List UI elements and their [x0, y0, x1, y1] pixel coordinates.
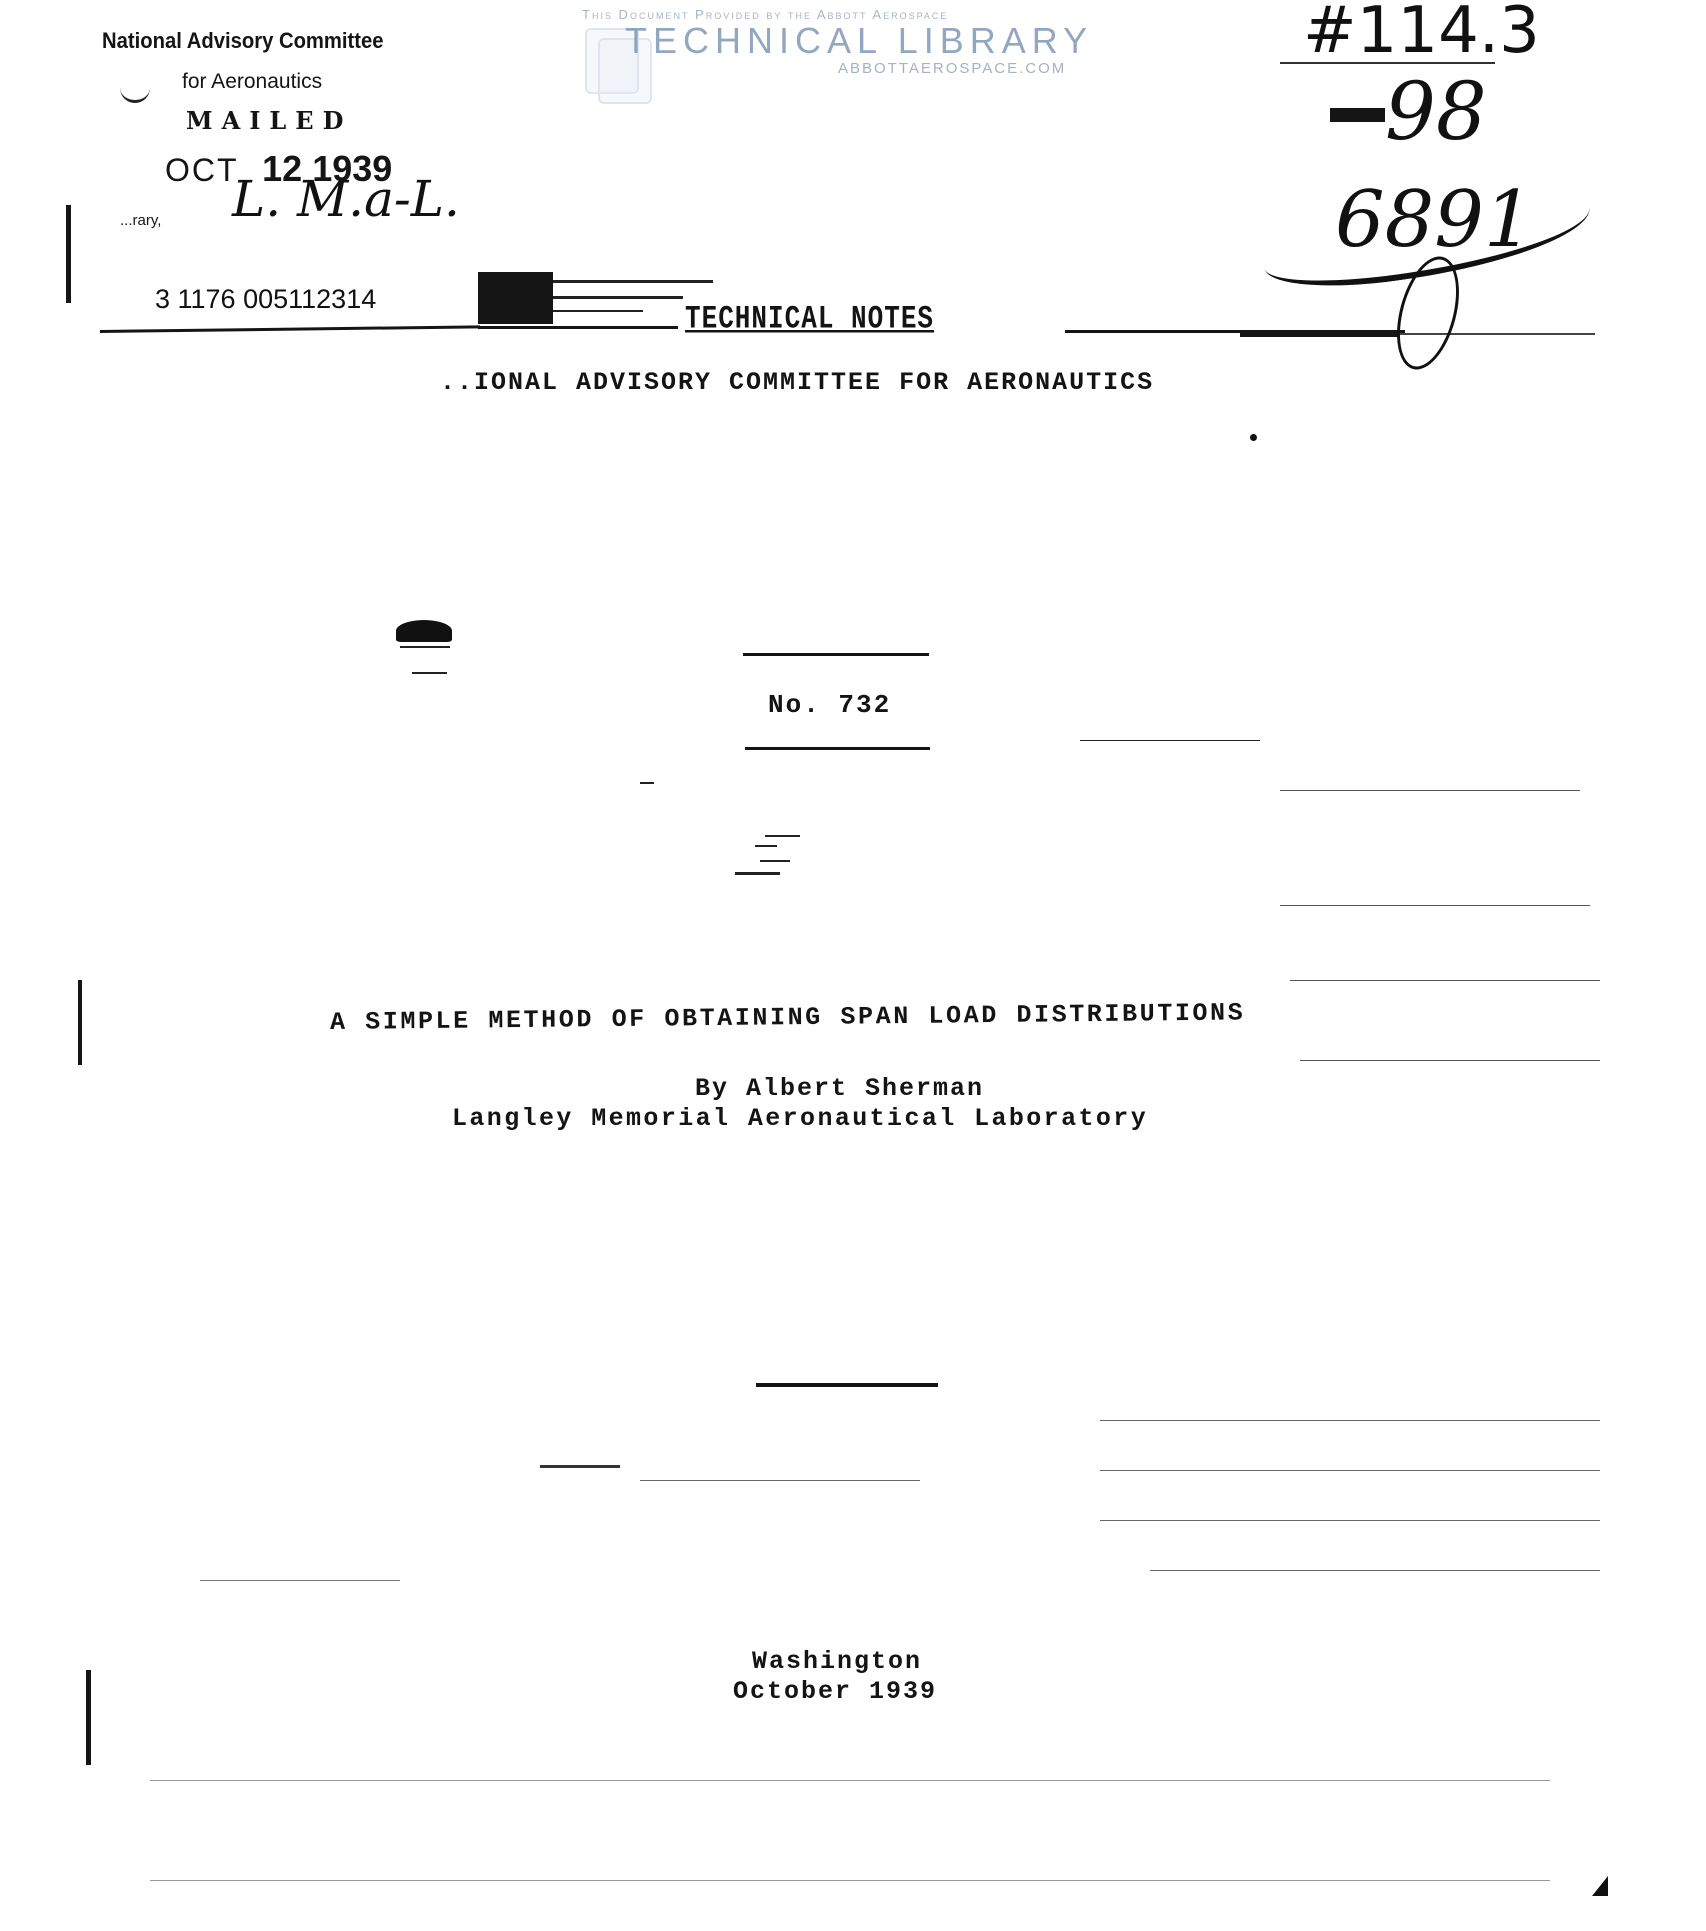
- ink-blot-streak: [400, 646, 450, 648]
- stamp-bracket-line: [66, 205, 71, 303]
- header-right-rule-thick: [1240, 331, 1400, 337]
- document-title: A SIMPLE METHOD OF OBTAINING SPAN LOAD D…: [330, 998, 1246, 1037]
- publication-date: October 1939: [733, 1677, 937, 1706]
- ink-blot: [396, 620, 452, 642]
- barcode-underline: [100, 325, 480, 333]
- affiliation-line: Langley Memorial Aeronautical Laboratory: [452, 1104, 1148, 1133]
- scan-streak: [1080, 740, 1260, 741]
- barcode-number: 3 1176 005112314: [155, 284, 376, 315]
- margin-bracket-mark: [86, 1670, 91, 1765]
- scan-streak: [540, 1465, 620, 1468]
- scan-streak: [735, 872, 780, 875]
- scan-streak: [150, 1780, 1550, 1781]
- header-smudge-line: [553, 296, 683, 299]
- publication-place: Washington: [752, 1647, 922, 1676]
- stamp-curl-mark: [120, 82, 150, 103]
- scan-streak: [150, 1880, 1550, 1881]
- handwritten-second-number: 98: [1385, 65, 1487, 158]
- scan-streak: [200, 1580, 400, 1581]
- author-line: By Albert Sherman: [695, 1074, 984, 1103]
- stamp-committee-name: National Advisory Committee: [102, 28, 384, 54]
- scan-streak: [755, 845, 777, 847]
- organization-name: ..IONAL ADVISORY COMMITTEE FOR AERONAUTI…: [440, 368, 1154, 397]
- stamp-mailed-status: MAILED: [186, 106, 352, 135]
- handwritten-third-number: 6891: [1335, 175, 1534, 265]
- handwritten-catalog-number: #114.3: [1303, 0, 1540, 68]
- watermark-technical-library: TECHNICAL LIBRARY: [625, 20, 1093, 62]
- stamp-signature: L. M.a-L.: [232, 170, 460, 228]
- header-smudge-line: [553, 310, 643, 312]
- watermark-url: ABBOTTAEROSPACE.COM: [838, 60, 1066, 77]
- scan-streak: [1280, 790, 1580, 791]
- ink-blot-streak: [412, 672, 447, 674]
- margin-bracket-mark: [78, 980, 82, 1065]
- header-smudge-block: [478, 272, 553, 324]
- scan-streak: [1150, 1570, 1600, 1571]
- number-bottom-rule: [745, 747, 930, 750]
- catalog-number-underline: [1280, 62, 1495, 64]
- scan-streak: [765, 835, 800, 837]
- scan-streak: [1100, 1470, 1600, 1471]
- stamp-for-aeronautics: for Aeronautics: [182, 70, 322, 94]
- header-left-rule: [478, 326, 678, 329]
- document-number: No. 732: [768, 690, 891, 720]
- scan-streak: [760, 860, 790, 862]
- page-corner-fold: [1592, 1876, 1608, 1896]
- scan-streak: [1100, 1420, 1600, 1421]
- scan-streak: [1290, 980, 1600, 981]
- second-number-scratch: [1330, 108, 1385, 122]
- scan-streak: [1300, 1060, 1600, 1061]
- scan-dot: [1250, 434, 1257, 441]
- stamp-library-label: ...rary,: [120, 212, 161, 229]
- scan-streak: [640, 1480, 920, 1481]
- stamp-date-month: OCT: [165, 152, 239, 188]
- scan-streak: [1100, 1520, 1600, 1521]
- scan-streak: [640, 782, 654, 784]
- header-smudge-line: [553, 280, 713, 283]
- scan-streak: [1280, 905, 1590, 906]
- number-top-rule: [743, 653, 929, 656]
- separator-rule: [756, 1383, 938, 1387]
- series-title: TECHNICAL NOTES: [685, 300, 934, 338]
